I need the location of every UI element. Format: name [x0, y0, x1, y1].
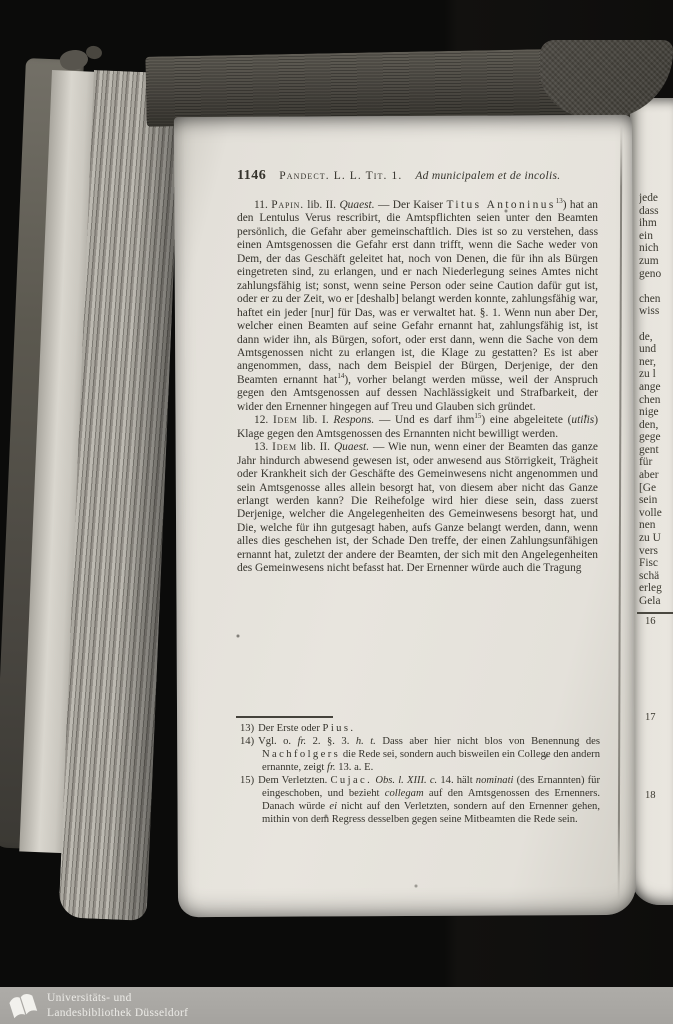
- right-page-line-fragment: ange: [639, 381, 673, 394]
- text-segment: ei: [329, 801, 337, 812]
- text-segment: fr.: [298, 736, 307, 747]
- text-segment: Nachfolgers: [262, 749, 340, 760]
- text-segment: Cujac.: [330, 775, 372, 786]
- text-segment: lib. II.: [304, 199, 340, 211]
- right-page-line-fragment: [639, 280, 673, 293]
- paragraph: 11. Papin. lib. II. Quaest. — Der Kaiser…: [237, 199, 598, 414]
- text-segment: ) hat an den Lentulus Verus rescribirt, …: [237, 199, 598, 386]
- right-page-line-fragment: jede: [639, 192, 673, 205]
- text-segment: collegam: [385, 788, 424, 799]
- footnote-number: 15): [240, 775, 258, 786]
- library-name-line2: Landesbibliothek Düsseldorf: [47, 1006, 188, 1021]
- right-page-line-fragment: geno: [639, 268, 673, 281]
- text-segment: Titus Antoninus: [446, 199, 555, 211]
- text-segment: — Und es darf ihm: [374, 414, 474, 426]
- right-page-line-fragment: für: [639, 456, 673, 469]
- library-name-line1: Universitäts- und: [47, 991, 188, 1006]
- page-header: 1146 Pandect. L. L. Tit. 1. Ad municipal…: [237, 168, 599, 184]
- right-page-line-fragment: ein: [639, 230, 673, 243]
- right-page-line-fragment: nige: [639, 406, 673, 419]
- right-page-line-fragment: schä: [639, 570, 673, 583]
- text-segment: Respons.: [333, 414, 374, 426]
- footnote: 15)Dem Verletzten. Cujac. Obs. l. XIII. …: [240, 774, 600, 826]
- right-page-line-fragment: ihm: [639, 217, 673, 230]
- right-page-line-fragment: zum: [639, 255, 673, 268]
- right-page-line-fragment: den,: [639, 419, 673, 432]
- right-page-line-fragment: und: [639, 343, 673, 356]
- text-segment: Quaest.: [339, 199, 374, 211]
- library-watermark-bar: Universitäts- und Landesbibliothek Düsse…: [0, 987, 673, 1024]
- paragraph: 12. Idem lib. I. Respons. — Und es darf …: [237, 414, 598, 441]
- right-page-footnote-rule: [637, 612, 673, 614]
- text-segment: — Der Kaiser: [375, 199, 447, 211]
- text-segment: utilis: [571, 414, 594, 426]
- right-page-line-fragment: gent: [639, 444, 673, 457]
- text-segment: 13: [556, 197, 563, 205]
- book-photo-scene: 1146 Pandect. L. L. Tit. 1. Ad municipal…: [0, 0, 673, 1024]
- text-segment: Vgl. o.: [258, 736, 297, 747]
- right-page-text-fragments: jededassihmeinnichzumgenochenwissde,undn…: [639, 192, 673, 608]
- text-segment: Idem: [272, 441, 297, 453]
- right-page-line-fragment: Gela: [639, 595, 673, 608]
- footnote: 13)Der Erste oder Pius.: [240, 722, 600, 735]
- text-segment: fr.: [327, 762, 336, 773]
- right-page-line-fragment: gege: [639, 431, 673, 444]
- text-segment: Dem Verletzten.: [258, 775, 330, 786]
- page-number: 1146: [237, 168, 266, 184]
- right-page-line-fragment: nen: [639, 519, 673, 532]
- text-segment: Quaest.: [334, 441, 369, 453]
- text-segment: 12.: [254, 414, 273, 426]
- text-segment: Idem: [273, 414, 298, 426]
- right-page-line-fragment: chen: [639, 293, 673, 306]
- footnote: 14)Vgl. o. fr. 2. §. 3. h. t. Dass aber …: [240, 735, 600, 774]
- right-page-line-fragment: de,: [639, 331, 673, 344]
- text-segment: — Wie nun, wenn einer der Beamten das ga…: [237, 441, 598, 574]
- running-title-italic: Ad municipalem et de incolis.: [415, 170, 560, 182]
- right-page-line-fragment: ner,: [639, 356, 673, 369]
- right-page-line-fragment: dass: [639, 205, 673, 218]
- text-segment: lib. II.: [297, 441, 334, 453]
- text-segment: 2. §. 3.: [306, 736, 356, 747]
- text-segment: .: [350, 723, 353, 734]
- library-name: Universitäts- und Landesbibliothek Düsse…: [47, 991, 188, 1021]
- right-page-line-fragment: wiss: [639, 305, 673, 318]
- right-page-line-fragment: sein: [639, 494, 673, 507]
- open-book-icon: [7, 991, 39, 1021]
- text-segment: 13. a. E.: [336, 762, 374, 773]
- right-page-line-fragment: zu U: [639, 532, 673, 545]
- text-segment: lib. I.: [298, 414, 334, 426]
- text-segment: h. t.: [356, 736, 376, 747]
- footnote-number: 14): [240, 736, 258, 747]
- text-segment: Obs. l. XIII. c.: [375, 775, 437, 786]
- text-segment: Papin.: [271, 199, 304, 211]
- right-page-line-fragment: chen: [639, 394, 673, 407]
- text-segment: nominati: [476, 775, 514, 786]
- paragraph: 13. Idem lib. II. Quaest. — Wie nun, wen…: [237, 441, 598, 576]
- text-segment: 13.: [254, 441, 272, 453]
- right-page-line-fragment: Fisc: [639, 557, 673, 570]
- running-title: Pandect. L. L. Tit. 1.: [279, 170, 402, 182]
- footnote-separator-rule: [236, 716, 333, 718]
- right-page-line-fragment: volle: [639, 507, 673, 520]
- text-segment: 11.: [254, 199, 271, 211]
- right-page-line-fragment: aber: [639, 469, 673, 482]
- text-segment: Der Erste oder: [258, 723, 322, 734]
- footnotes-block: 13)Der Erste oder Pius.14)Vgl. o. fr. 2.…: [240, 722, 600, 826]
- text-segment: ) eine abgeleitete (: [481, 414, 571, 426]
- right-page-line-fragment: [639, 318, 673, 331]
- right-page-line-fragment: [Ge: [639, 482, 673, 495]
- text-segment: 14. hält: [437, 775, 476, 786]
- right-page-line-fragment: nich: [639, 242, 673, 255]
- right-page-line-fragment: erleg: [639, 582, 673, 595]
- text-segment: Pius: [323, 723, 351, 734]
- page-body: 11. Papin. lib. II. Quaest. — Der Kaiser…: [237, 199, 598, 576]
- text-segment: Dass aber hier nicht blos von Benennung …: [376, 736, 600, 747]
- right-page-line-fragment: vers: [639, 545, 673, 558]
- right-page-line-fragment: zu l: [639, 368, 673, 381]
- footnote-number: 13): [240, 723, 258, 734]
